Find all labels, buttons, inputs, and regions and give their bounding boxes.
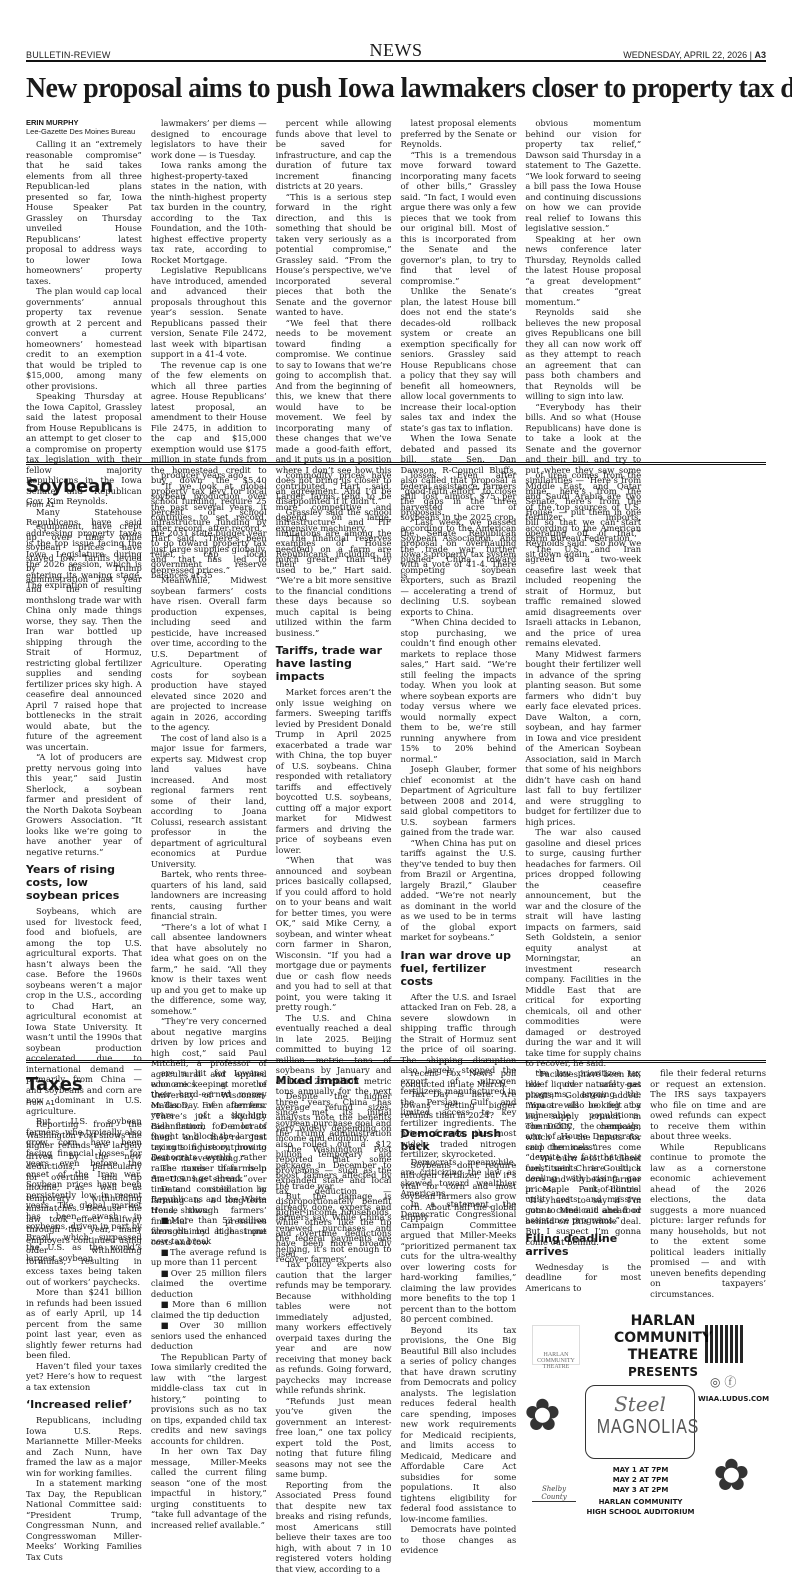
jump-label: From A1 bbox=[26, 1099, 142, 1107]
paragraph: Despite the higher average refund sizes,… bbox=[276, 1091, 392, 1144]
paragraph: “When China decided to stop purchasing, … bbox=[401, 617, 517, 764]
section-divider bbox=[26, 1060, 766, 1063]
paragraph: Data cited by Republicans and the White … bbox=[151, 1184, 267, 1216]
paragraph: percent while allowing funds above that … bbox=[276, 118, 392, 192]
section-title: Soybean bbox=[26, 476, 142, 497]
instagram-icon[interactable]: ◎ bbox=[710, 1375, 720, 1389]
paragraph: lawmakers’ per diems — designed to encou… bbox=[151, 118, 267, 160]
byline: ERIN MURPHY bbox=[26, 118, 142, 127]
paragraph: Meanwhile, Midwest soybean farmers’ cost… bbox=[151, 575, 267, 733]
paragraph: Speaking at her own news conference late… bbox=[525, 234, 641, 308]
masthead: BULLETIN-REVIEW NEWS WEDNESDAY, APRIL 22… bbox=[26, 40, 766, 62]
bullet-item: More than 6 million claimed the tip dedu… bbox=[151, 1299, 267, 1320]
paragraph: “This is a serious step forward in the r… bbox=[276, 192, 392, 318]
paragraph: Market forces aren’t the only issue weig… bbox=[276, 687, 392, 855]
paragraph: In a statement marking Tax Day, the Repu… bbox=[26, 1478, 142, 1562]
paragraph: “When China has put on tariffs against t… bbox=[401, 838, 517, 943]
paragraph: commodity prices have contributed, Hart … bbox=[276, 470, 392, 533]
paragraph: are a hit for Iowans, who are keeping mo… bbox=[151, 1068, 267, 1184]
section-title: Taxes bbox=[26, 1074, 142, 1095]
paragraph: The cost of land also is a major issue f… bbox=[151, 733, 267, 870]
facebook-icon[interactable]: ⓕ bbox=[724, 1375, 736, 1389]
text-column: Mixed impactDespite the higher average r… bbox=[276, 1068, 392, 1578]
paragraph: While Republicans continue to promote th… bbox=[650, 1142, 766, 1300]
bullet-item: More than 53 million filers claimed at l… bbox=[151, 1215, 267, 1247]
subhead: ‘Increased relief’ bbox=[26, 1398, 142, 1411]
paragraph: Tax Day is here. Are Iowans getting bigg… bbox=[401, 1089, 517, 1121]
ad-website[interactable]: WIAA.LUDUS.COM bbox=[698, 1395, 769, 1403]
paragraph: file their federal returns or request an… bbox=[650, 1068, 766, 1142]
paragraph: More than $241 billion in refunds had be… bbox=[26, 1287, 142, 1361]
paragraph: “Refunds just mean you’ve given the gove… bbox=[276, 1396, 392, 1480]
soybean-story: SoybeanFrom A1equipment, have crept up o… bbox=[26, 470, 766, 1040]
paragraph: Reporting from the Associated Press foun… bbox=[276, 1480, 392, 1575]
paragraph: “If we look at global soybean production… bbox=[151, 481, 267, 576]
subhead: Mixed impact bbox=[276, 1074, 392, 1087]
paragraph: Democrats have pointed to those changes … bbox=[401, 1524, 517, 1556]
paragraph: Haven’t filed your taxes yet? Here’s how… bbox=[26, 1361, 142, 1393]
show-dates: MAY 1 AT 7PMMAY 2 AT 7PMMAY 3 AT 2PM bbox=[578, 1465, 703, 1495]
paragraph: The Republican Party of Iowa similarly c… bbox=[151, 1352, 267, 1447]
paragraph: “A lot of producers are pretty nervous g… bbox=[26, 752, 142, 857]
paragraph: The plan would cap local governments’ an… bbox=[26, 286, 142, 391]
subhead: Iran war drove up fuel, fertilizer costs bbox=[401, 949, 517, 988]
show-title-frame: Steel MAGNOLIAS bbox=[585, 1385, 695, 1459]
paragraph: Joseph Glauber, former chief economist a… bbox=[401, 764, 517, 838]
magnolia-flower-icon: ✿ bbox=[524, 1390, 561, 1441]
subhead: Democrats push back bbox=[401, 1127, 517, 1153]
paragraph: “There’s a lot of what I call absentee l… bbox=[151, 922, 267, 1017]
paragraph: Iowa ranks among the highest-property-ta… bbox=[151, 160, 267, 265]
qr-code-icon[interactable] bbox=[705, 1325, 743, 1363]
paragraph: producer years ago. bbox=[151, 470, 267, 481]
text-column: recent Fox News poll conducted in late M… bbox=[401, 1068, 517, 1578]
subhead: Tariffs, trade war have lasting impacts bbox=[276, 644, 392, 683]
paragraph: Beyond its tax provisions, the One Big B… bbox=[401, 1325, 517, 1525]
ad-title: HARLANCOMMUNITYTHEATRE PRESENTS bbox=[608, 1313, 718, 1381]
paragraph: obvious momentum behind our vision for p… bbox=[525, 118, 641, 234]
text-column: are a hit for Iowans, who are keeping mo… bbox=[151, 1068, 267, 1578]
social-icons: ◎ ⓕ bbox=[710, 1373, 736, 1390]
paragraph: recent Fox News poll conducted in late M… bbox=[401, 1068, 517, 1089]
bureau: Lee-Gazette Des Moines Bureau bbox=[26, 127, 142, 136]
magnolia-flower-icon: ✿ bbox=[713, 1450, 750, 1501]
section-divider bbox=[26, 462, 766, 465]
subhead: Filing deadline arrives bbox=[525, 1232, 641, 1258]
paragraph: Tax policy experts also caution that the… bbox=[276, 1259, 392, 1396]
paragraph: Unlike the Senate’s plan, the latest Hou… bbox=[401, 286, 517, 433]
bullet-item: Over 25 million filers claimed the overt… bbox=[151, 1268, 267, 1300]
paragraph: Calling it an “extremely reasonable comp… bbox=[26, 139, 142, 286]
paragraph: Legislative Republicans have introduced,… bbox=[151, 265, 267, 360]
paragraph: “This is a tremendous move forward towar… bbox=[401, 150, 517, 287]
paragraph: Bartek, who rents three-quarters of his … bbox=[151, 869, 267, 922]
show-venue: HARLAN COMMUNITYHIGH SCHOOL AUDITORIUM bbox=[573, 1497, 708, 1517]
paragraph: In her own Tax Day message, Miller-Meeks… bbox=[151, 1446, 267, 1530]
issue-date: WEDNESDAY, APRIL 22, 2026 | A3 bbox=[623, 50, 766, 60]
theatre-logo: HARLAN COMMUNITY THEATRE bbox=[532, 1325, 580, 1365]
subhead: Years of rising costs, low soybean price… bbox=[26, 863, 142, 902]
bullet-item: Over 30 million seniors used the enhance… bbox=[151, 1320, 267, 1352]
paragraph: Many Midwest farmers bought their fertil… bbox=[525, 649, 641, 828]
paragraph: “The financial reserves need(ed) on a fa… bbox=[276, 533, 392, 638]
jump-label: From A1 bbox=[26, 501, 142, 509]
lead-headline: New proposal aims to push Iowa lawmakers… bbox=[26, 72, 736, 105]
lead-story: ERIN MURPHYLee-Gazette Des Moines Bureau… bbox=[26, 118, 766, 458]
bullet-item: The average refund is up more than 11 pe… bbox=[151, 1247, 267, 1268]
paragraph: Democrats, meanwhile, are criticizing th… bbox=[401, 1157, 517, 1199]
paragraph: The war also caused gasoline and diesel … bbox=[525, 827, 641, 1069]
paragraph: losses. Even after federal assistance, f… bbox=[401, 470, 517, 617]
paragraph: In a statement, the Democratic Congressi… bbox=[401, 1199, 517, 1325]
text-column: TaxesFrom A1Reporting from the Washingto… bbox=[26, 1068, 142, 1578]
paragraph: “When that was announced and soybean pri… bbox=[276, 855, 392, 1013]
theatre-ad: HARLAN COMMUNITY THEATRE HARLANCOMMUNITY… bbox=[518, 1305, 780, 1550]
page-number: A3 bbox=[754, 50, 766, 60]
paragraph: of urea comes from the Middle East, and … bbox=[525, 470, 641, 544]
paragraph: equipment, have crept up over time while… bbox=[26, 521, 142, 752]
paragraph: latest proposal elements preferred by th… bbox=[401, 118, 517, 150]
paragraph: the law prioritizes tax relief over safe… bbox=[525, 1068, 641, 1226]
paragraph: Reynolds said she believes the new propo… bbox=[525, 307, 641, 402]
paragraph: Reporting from the Washington Post shows… bbox=[26, 1119, 142, 1287]
sponsor-logo: Shelby County bbox=[532, 1485, 576, 1502]
paragraph: The Washington Post reported that some p… bbox=[276, 1144, 392, 1260]
paragraph: The U.S. and Iran agreed to a two-week c… bbox=[525, 544, 641, 649]
paragraph: Wednesday is the deadline for most Ameri… bbox=[525, 1262, 641, 1294]
paragraph: Republicans, including Iowa U.S. Reps. M… bbox=[26, 1415, 142, 1478]
